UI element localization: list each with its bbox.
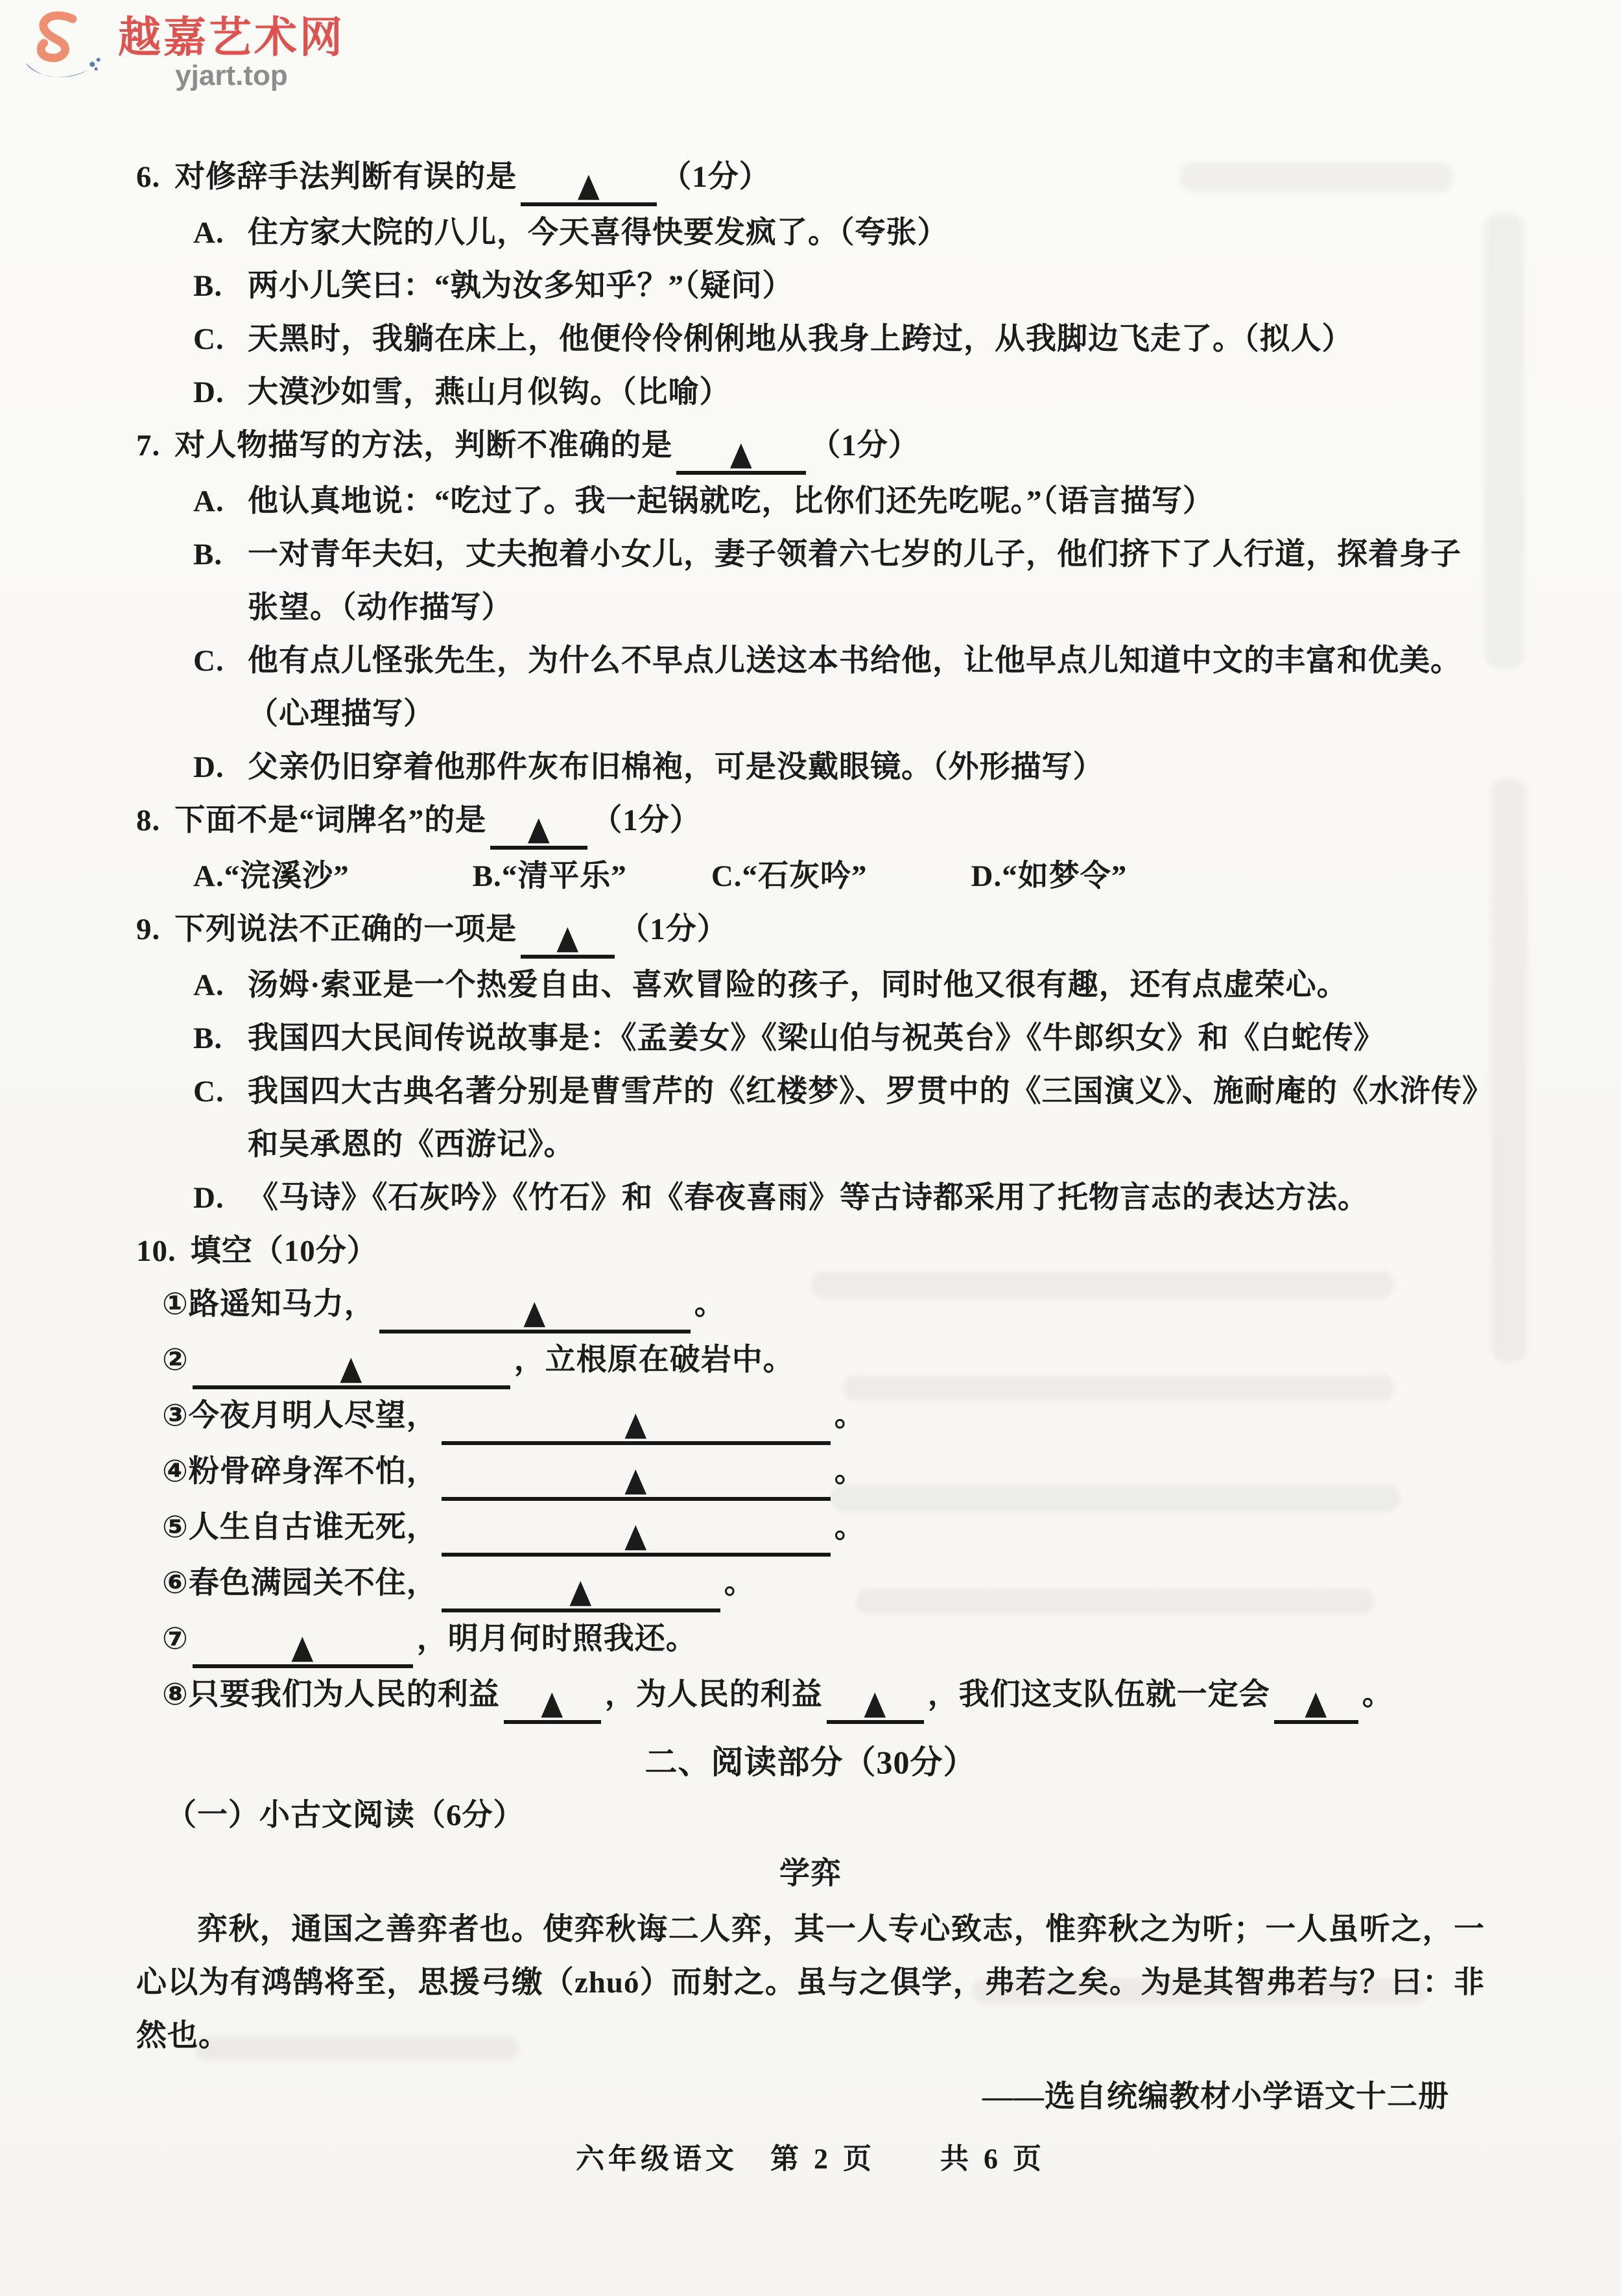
question-number: 10. [136,1225,176,1278]
fill-pre: ② [162,1343,189,1377]
reading-subsection-title: （一）小古文阅读（6分） [136,1789,1485,1842]
fill-item-3: ③今夜月明人尽望，▲。 [136,1389,1485,1445]
option-label: B. [473,859,502,893]
fill-item-6: ⑥春色满园关不住，▲。 [136,1557,1485,1612]
fill-post: 。 [834,1511,866,1544]
question-9-option-d: D. 《马诗》《石灰吟》《竹石》和《春夜喜雨》等古诗都采用了托物言志的表达方法。 [136,1171,1485,1225]
triangle-marker: ▲ [676,435,806,473]
question-7-option-b: B. 一对青年夫妇，丈夫抱着小女儿，妻子领着六七岁的儿子，他们挤下了人行道，探着… [136,528,1485,634]
option-label: C. [711,859,742,893]
fill-post: 。 [694,1287,726,1321]
question-6-option-b: B. 两小儿笑曰：“孰为汝多知乎？”（疑问） [136,259,1485,313]
option-text: “清平乐” [502,859,627,893]
question-7-option-c: C. 他有点儿怪张先生，为什么不早点儿送这本书给他，让他早点儿知道中文的丰富和优… [136,634,1485,741]
option-label: A. [193,206,248,259]
question-6-option-a: A. 住方家大院的八儿，今天喜得快要发疯了。（夸张） [136,206,1485,259]
triangle-marker: ▲ [504,1684,601,1723]
fill-mid: ，我们这支队伍就一定会 [928,1678,1270,1712]
triangle-marker: ▲ [521,166,657,205]
question-8-option-a: A.“浣溪沙” [193,850,349,903]
option-label: B. [193,1012,248,1065]
option-text: “石灰吟” [742,859,868,893]
option-text: “浣溪沙” [224,859,349,893]
option-text: 他认真地说：“吃过了。我一起锅就吃，比你们还先吃呢。”（语言描写） [248,475,1485,528]
fill-post: ，明月何时照我还。 [417,1622,697,1656]
question-9-option-c: C. 我国四大古典名著分别是曹雪芹的《红楼梦》、罗贯中的《三国演义》、施耐庵的《… [136,1065,1485,1171]
question-9: 9.下列说法不正确的一项是▲（1分） [136,903,1485,959]
answer-blank: ▲ [193,1631,413,1668]
triangle-marker: ▲ [521,918,615,957]
fill-post: ，立根原在破岩中。 [514,1343,794,1377]
question-7: 7.对人物描写的方法，判断不准确的是▲（1分） [136,419,1485,475]
question-6-option-c: C. 天黑时，我躺在床上，他便伶伶俐俐地从我身上跨过，从我脚边飞走了。（拟人） [136,313,1485,366]
score-suffix: （1分） [619,913,728,946]
passage-title: 学弈 [136,1847,1485,1900]
bleed-through-smudge [1485,214,1524,668]
question-8-option-c: C.“石灰吟” [711,850,868,903]
reading-section-title: 二、阅读部分（30分） [136,1736,1485,1789]
answer-blank: ▲ [442,1407,831,1445]
question-number: 7. [136,419,160,472]
option-text: 天黑时，我躺在床上，他便伶伶俐俐地从我身上跨过，从我脚边飞走了。（拟人） [248,313,1485,366]
option-text: 汤姆·索亚是一个热爱自由、喜欢冒险的孩子，同时他又很有趣，还有点虚荣心。 [248,959,1485,1012]
option-text: 父亲仍旧穿着他那件灰布旧棉袍，可是没戴眼镜。（外形描写） [248,741,1485,794]
question-9-option-a: A. 汤姆·索亚是一个热爱自由、喜欢冒险的孩子，同时他又很有趣，还有点虚荣心。 [136,959,1485,1012]
fill-post: 。 [724,1566,755,1600]
fill-post: 。 [834,1455,866,1489]
fill-post: 。 [834,1399,866,1433]
option-text: 《马诗》《石灰吟》《竹石》和《春夜喜雨》等古诗都采用了托物言志的表达方法。 [248,1171,1485,1225]
question-7-option-a: A. 他认真地说：“吃过了。我一起锅就吃，比你们还先吃呢。”（语言描写） [136,475,1485,528]
option-text: 住方家大院的八儿，今天喜得快要发疯了。（夸张） [248,206,1485,259]
option-text: 他有点儿怪张先生，为什么不早点儿送这本书给他，让他早点儿知道中文的丰富和优美。（… [248,634,1485,741]
fill-post: 。 [1362,1678,1393,1712]
score-suffix: （1分） [810,429,919,462]
passage-text: 弈秋，通国之善弈者也。使弈秋诲二人弈，其一人专心致志，惟弈秋之为听；一人虽听之，… [136,1903,1485,2063]
fill-pre: ⑥春色满园关不住， [162,1566,438,1600]
triangle-marker: ▲ [442,1461,831,1500]
passage-attribution: ——选自统编教材小学语文十二册 [136,2070,1485,2123]
question-stem: 对修辞手法判断有误的是 [174,160,517,194]
option-label: D. [971,859,1002,893]
option-label: A. [193,959,248,1012]
fill-pre: ⑤人生自古谁无死， [162,1511,438,1544]
page-footer: 六年级语文 第 2 页 共 6 页 [0,2135,1621,2177]
option-label: A. [193,859,224,893]
question-9-option-b: B. 我国四大民间传说故事是：《孟姜女》《梁山伯与祝英台》《牛郎织女》和《白蛇传… [136,1012,1485,1065]
option-label: B. [193,259,248,313]
option-label: D. [193,366,248,419]
answer-blank: ▲ [676,437,806,475]
option-label: C. [193,634,248,741]
fill-mid: ，为人民的利益 [605,1678,823,1712]
fill-item-2: ②▲，立根原在破岩中。 [136,1333,1485,1389]
option-text: 我国四大古典名著分别是曹雪芹的《红楼梦》、罗贯中的《三国演义》、施耐庵的《水浒传… [248,1065,1485,1171]
question-10: 10.填空（10分） [136,1225,1485,1278]
answer-blank: ▲ [1274,1686,1358,1724]
triangle-marker: ▲ [442,1572,720,1611]
answer-blank: ▲ [379,1296,691,1333]
question-6-option-d: D. 大漠沙如雪，燕山月似钩。（比喻） [136,366,1485,419]
option-label: C. [193,313,248,366]
answer-blank: ▲ [827,1686,924,1724]
question-8-option-b: B.“清平乐” [473,850,627,903]
option-label: A. [193,475,248,528]
question-number: 8. [136,794,160,847]
triangle-marker: ▲ [379,1293,691,1332]
answer-blank: ▲ [521,169,657,206]
option-text: 一对青年夫妇，丈夫抱着小女儿，妻子领着六七岁的儿子，他们挤下了人行道，探着身子张… [248,528,1485,634]
answer-blank: ▲ [442,1575,720,1612]
triangle-marker: ▲ [490,809,587,848]
option-text: 我国四大民间传说故事是：《孟姜女》《梁山伯与祝英台》《牛郎织女》和《白蛇传》 [248,1012,1485,1065]
question-stem: 下面不是“词牌名”的是 [174,804,486,837]
answer-blank: ▲ [490,812,587,850]
fill-pre: ⑦ [162,1622,189,1656]
question-8-option-d: D.“如梦令” [971,850,1128,903]
fill-pre: ③今夜月明人尽望， [162,1399,438,1433]
question-6: 6.对修辞手法判断有误的是▲（1分） [136,150,1485,206]
watermark: 越嘉艺术网 yjart.top [18,8,345,92]
fill-item-7: ⑦▲，明月何时照我还。 [136,1612,1485,1668]
question-number: 6. [136,150,160,204]
question-stem: 下列说法不正确的一项是 [174,913,517,946]
option-label: B. [193,528,248,634]
answer-blank: ▲ [504,1686,601,1724]
triangle-marker: ▲ [442,1516,831,1555]
score-suffix: （1分） [661,160,770,194]
watermark-site-url: yjart.top [118,60,345,92]
triangle-marker: ▲ [193,1349,510,1388]
option-label: D. [193,1171,248,1225]
triangle-marker: ▲ [827,1684,924,1723]
question-stem: 填空（10分） [191,1234,378,1268]
question-number: 9. [136,903,160,956]
option-text: “如梦令” [1002,859,1127,893]
fill-pre: ④粉骨碎身浑不怕， [162,1455,438,1489]
watermark-site-name: 越嘉艺术网 [118,14,345,60]
answer-blank: ▲ [442,1463,831,1501]
fill-pre: ①路遥知马力， [162,1287,375,1321]
option-label: D. [193,741,248,794]
triangle-marker: ▲ [1274,1684,1358,1723]
fill-item-8: ⑧只要我们为人民的利益▲，为人民的利益▲，我们这支队伍就一定会▲。 [136,1668,1485,1724]
option-label: C. [193,1065,248,1171]
question-stem: 对人物描写的方法，判断不准确的是 [174,429,672,462]
fill-item-5: ⑤人生自古谁无死，▲。 [136,1501,1485,1557]
answer-blank: ▲ [193,1352,510,1389]
answer-blank: ▲ [442,1519,831,1557]
fill-pre: ⑧只要我们为人民的利益 [162,1678,500,1712]
question-8-options: A.“浣溪沙” B.“清平乐” C.“石灰吟” D.“如梦令” [136,850,1485,903]
triangle-marker: ▲ [442,1405,831,1444]
question-8: 8.下面不是“词牌名”的是▲（1分） [136,794,1485,850]
question-7-option-d: D. 父亲仍旧穿着他那件灰布旧棉袍，可是没戴眼镜。（外形描写） [136,741,1485,794]
answer-blank: ▲ [521,921,615,959]
exam-page: 越嘉艺术网 yjart.top 6.对修辞手法判断有误的是▲（1分） A. 住方… [0,0,1621,2296]
site-logo-icon [18,8,109,92]
score-suffix: （1分） [591,804,701,837]
option-text: 两小儿笑曰：“孰为汝多知乎？”（疑问） [248,259,1485,313]
fill-item-4: ④粉骨碎身浑不怕，▲。 [136,1445,1485,1501]
option-text: 大漠沙如雪，燕山月似钩。（比喻） [248,366,1485,419]
exam-content: 6.对修辞手法判断有误的是▲（1分） A. 住方家大院的八儿，今天喜得快要发疯了… [136,150,1485,2123]
fill-item-1: ①路遥知马力，▲。 [136,1278,1485,1333]
triangle-marker: ▲ [193,1628,413,1667]
bleed-through-smudge [1491,778,1527,1362]
